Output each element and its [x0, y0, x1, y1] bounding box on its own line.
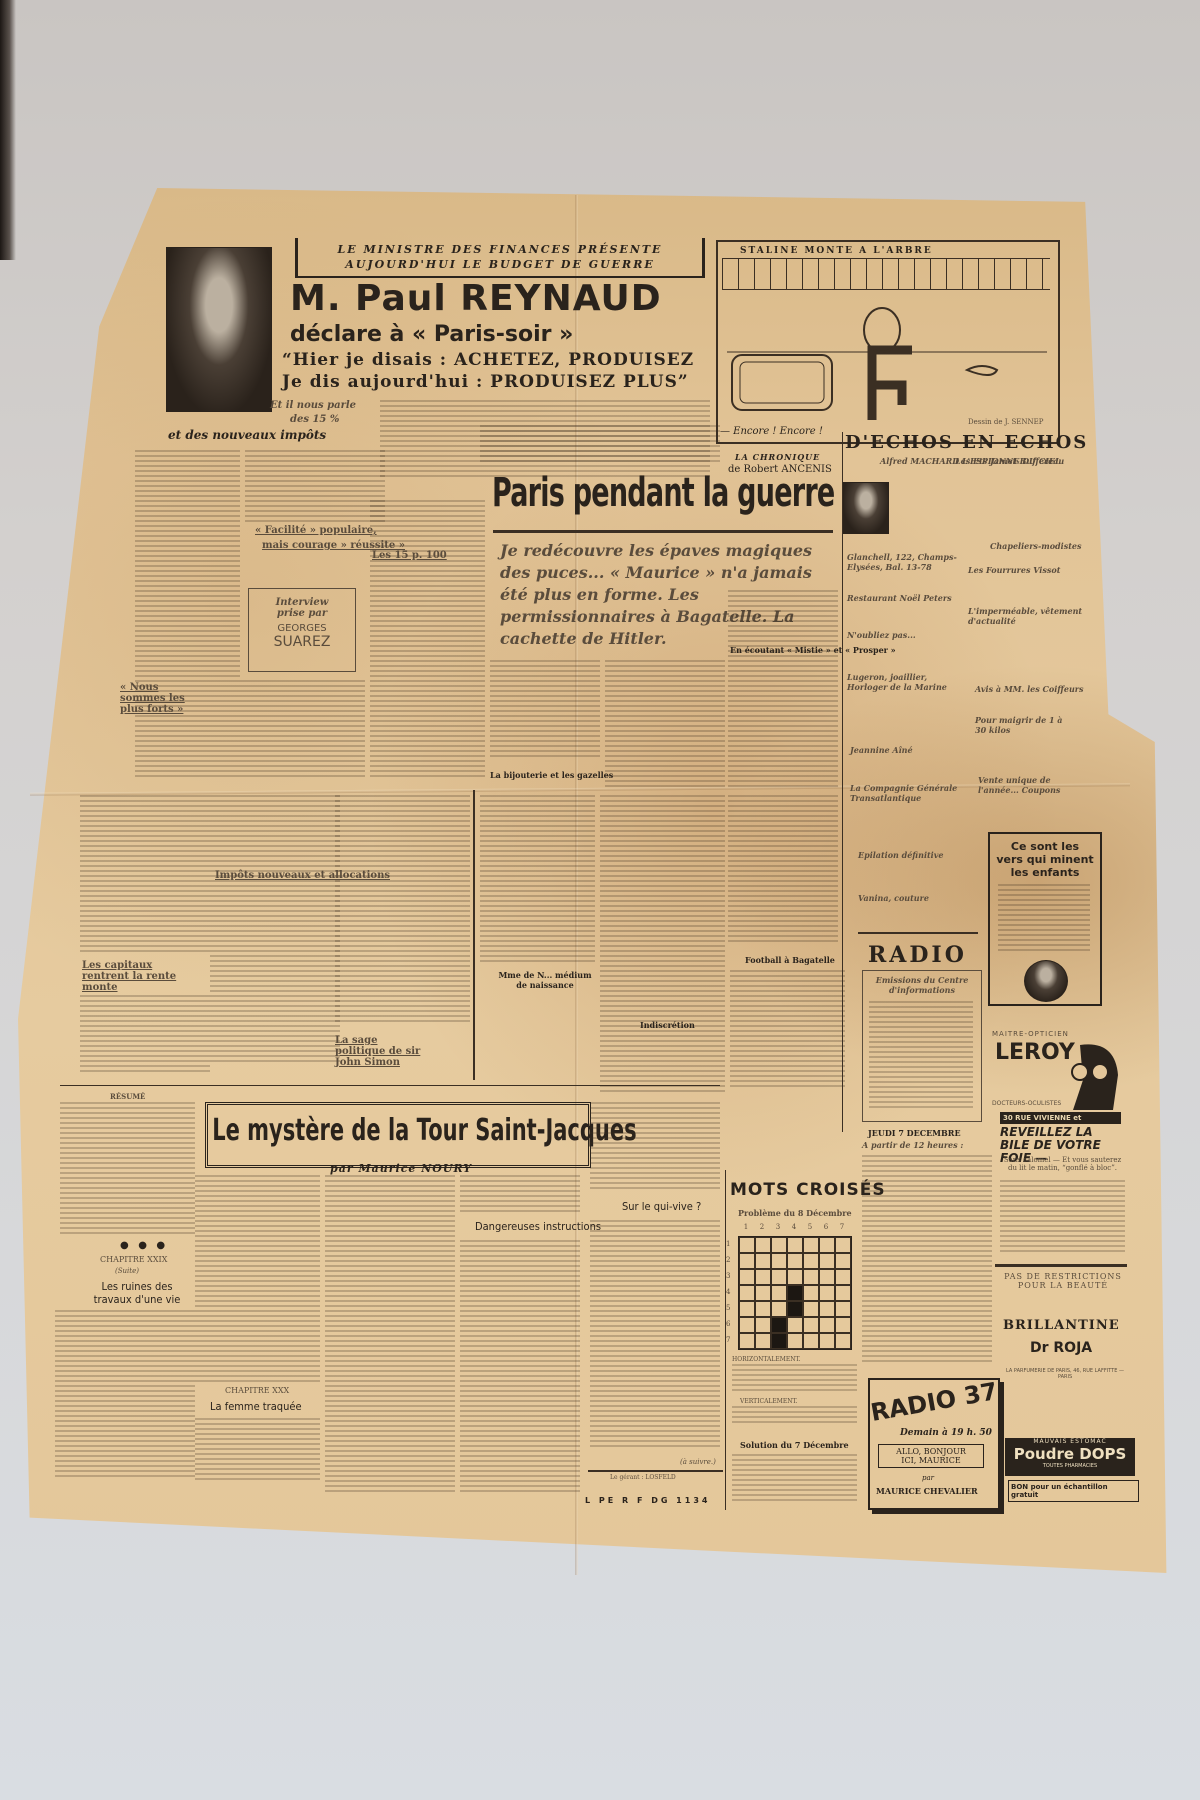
crossword-horizontal-label: HORIZONTALEMENT.: [732, 1356, 801, 1363]
crossword-cell[interactable]: [819, 1237, 835, 1253]
cartoon-drawing: [722, 290, 1052, 420]
crossword-cell[interactable]: [803, 1317, 819, 1333]
crossword-row-number: 6: [726, 1316, 730, 1332]
crossword-cell[interactable]: [755, 1269, 771, 1285]
cartoon-caption: — Encore ! Encore !: [720, 426, 823, 437]
aside-1: Et il nous parle: [270, 400, 356, 411]
crossword-row-number: 3: [726, 1268, 730, 1284]
dops-bon: BON pour un échantillon gratuit: [1008, 1480, 1139, 1502]
echo-item: Restaurant Noël Peters: [847, 593, 952, 603]
paris-subhead-indiscretion: Indiscrétion: [640, 1020, 695, 1030]
radio37-time: Demain à 19 h. 50: [900, 1428, 992, 1438]
subhead-nous-sommes: « Nous sommes les plus forts »: [120, 682, 200, 715]
crossword-cell[interactable]: [819, 1317, 835, 1333]
crossword-cell[interactable]: [803, 1269, 819, 1285]
footer-code: L PE R F DG 1134: [585, 1496, 710, 1505]
crossword-cell[interactable]: [803, 1333, 819, 1349]
paris-subhead-football: Football à Bagatelle: [745, 955, 835, 965]
crossword-cell[interactable]: [771, 1301, 787, 1317]
interview-label-2: prise par: [249, 608, 355, 619]
echo-item: Vente unique de l'année... Coupons: [978, 775, 1078, 795]
echo-item: Jeannine Aîné: [850, 745, 913, 755]
beaute-title: PAS DE RESTRICTIONS POUR LA BEAUTÉ: [1003, 1272, 1123, 1290]
cartoon-credit: Dessin de J. SENNEP: [968, 418, 1043, 426]
crossword-cell[interactable]: [771, 1269, 787, 1285]
crossword-cell[interactable]: [739, 1269, 755, 1285]
chronique-label: LA CHRONIQUE: [735, 452, 820, 462]
echo-item: Lugeron, joaillier, Horloger de la Marin…: [847, 672, 967, 692]
crossword-vertical-label: VERTICALEMENT.: [740, 1398, 798, 1405]
radio37-show-line2: ICI, MAURICE: [879, 1456, 983, 1465]
crossword-column-numbers: 1234567: [738, 1223, 850, 1231]
crossword-black-cell: [787, 1301, 803, 1317]
crossword-cell[interactable]: [819, 1269, 835, 1285]
crossword-cell[interactable]: [755, 1285, 771, 1301]
crossword-black-cell: [787, 1285, 803, 1301]
crossword-column-number: 1: [738, 1223, 754, 1231]
feuilleton-title: Le mystère de la Tour Saint-Jacques: [208, 1105, 641, 1156]
leroy-top: MAITRE-OPTICIEN: [992, 1030, 1069, 1038]
glasses-face-icon: [1060, 1040, 1120, 1110]
lead-subheadline: déclare à « Paris-soir »: [290, 322, 573, 347]
crossword-cell[interactable]: [787, 1317, 803, 1333]
leroy-address: 30 RUE VIVIENNE et succursales: [1000, 1112, 1121, 1124]
radio-header: RADIO: [868, 942, 967, 968]
crossword-cell[interactable]: [835, 1269, 851, 1285]
crossword-cell[interactable]: [739, 1317, 755, 1333]
subhead-capitaux: Les capitaux rentrent la rente monte: [82, 960, 182, 993]
aside-3: et des nouveaux impôts: [168, 428, 326, 442]
interview-author-last: SUAREZ: [249, 634, 355, 650]
crossword-cell[interactable]: [771, 1285, 787, 1301]
radio37-artist: MAURICE CHEVALIER: [876, 1486, 978, 1496]
crossword-black-cell: [771, 1333, 787, 1349]
kicker-line-2: AUJOURD'HUI LE BUDGET DE GUERRE: [298, 257, 702, 272]
crossword-problem: Problème du 8 Décembre: [738, 1208, 852, 1218]
crossword-row-number: 7: [726, 1332, 730, 1348]
crossword-column-number: 5: [802, 1223, 818, 1231]
foie-sub: Sans calomel — Et vous sauterez du lit l…: [1000, 1156, 1125, 1172]
subhead-dangereuses: Dangereuses instructions: [475, 1220, 601, 1233]
echos-photo: [843, 482, 889, 534]
crossword-cell[interactable]: [835, 1253, 851, 1269]
feuilleton-title-box: Le mystère de la Tour Saint-Jacques: [205, 1102, 591, 1168]
echo-item: Les Fourrures Vissot: [968, 565, 1060, 575]
crossword-cell[interactable]: [755, 1317, 771, 1333]
crossword-cell[interactable]: [739, 1301, 755, 1317]
crossword-cell[interactable]: [755, 1253, 771, 1269]
child-photo: [1024, 960, 1068, 1002]
crossword-column-number: 7: [834, 1223, 850, 1231]
crossword-cell[interactable]: [819, 1333, 835, 1349]
vermifuge-title: Ce sont les vers qui minent les enfants: [990, 834, 1100, 885]
crossword-column-number: 6: [818, 1223, 834, 1231]
crossword-cell[interactable]: [771, 1237, 787, 1253]
radio37-by: par: [922, 1474, 934, 1482]
chapter-prev-title: Les ruines des travaux d'une vie: [82, 1280, 192, 1306]
radio-subtitle: Emissions du Centre d'informations: [863, 975, 981, 995]
echo-item: La Compagnie Générale Transatlantique: [850, 783, 970, 803]
crossword-cell[interactable]: [771, 1253, 787, 1269]
crossword-cell[interactable]: [755, 1333, 771, 1349]
crossword-row-number: 2: [726, 1252, 730, 1268]
interview-author-first: GEORGES: [249, 623, 355, 634]
echo-item: Epilation définitive: [858, 850, 943, 860]
cartoon-fence: [722, 258, 1050, 290]
crossword-cell[interactable]: [835, 1317, 851, 1333]
echo-item: Vanina, couture: [858, 893, 929, 903]
aside-2: des 15 %: [290, 414, 339, 425]
echo-item: Les Ets Jamet-Buffereau: [955, 456, 1064, 466]
radio37-show-line1: ALLO, BONJOUR: [879, 1447, 983, 1456]
resume-label: RÉSUMÉ: [110, 1092, 145, 1101]
subhead-john-simon: La sage politique de sir John Simon: [335, 1035, 430, 1068]
radio-schedule-head: JEUDI 7 DECEMBRE: [868, 1128, 961, 1138]
roja-name: Dr ROJA: [1030, 1340, 1092, 1356]
crossword-cell[interactable]: [835, 1237, 851, 1253]
dops-sub: TOUTES PHARMACIES: [1005, 1463, 1135, 1469]
crossword-grid[interactable]: [738, 1236, 852, 1350]
subhead-qui-vive: Sur le qui-vive ?: [622, 1200, 701, 1213]
dops-top: MAUVAIS ESTOMAC: [1005, 1438, 1135, 1445]
echo-item: Avis à MM. les Coiffeurs: [975, 684, 1084, 694]
crossword-cell[interactable]: [755, 1237, 771, 1253]
subhead-facilite: « Facilité » populaire,: [255, 525, 377, 536]
echo-item: Chapeliers-modistes: [990, 541, 1081, 551]
crossword-column-number: 4: [786, 1223, 802, 1231]
interview-box: Interview prise par GEORGES SUAREZ: [248, 588, 356, 672]
echos-header: D'ECHOS EN ECHOS: [845, 432, 1088, 453]
radio-schedule-sub: A partir de 12 heures :: [862, 1140, 963, 1150]
crossword-cell[interactable]: [787, 1333, 803, 1349]
subhead-impots: Impôts nouveaux et allocations: [215, 870, 390, 881]
feuilleton-byline: par Maurice NOURY: [330, 1162, 472, 1175]
echo-item: Glanchell, 122, Champs-Elysées, Bal. 13-…: [847, 552, 977, 572]
crossword-cell[interactable]: [739, 1285, 755, 1301]
interview-label: Interview: [249, 597, 355, 608]
lead-quote-2: Je dis aujourd'hui : PRODUISEZ PLUS”: [282, 372, 689, 392]
crossword-column-number: 3: [770, 1223, 786, 1231]
dops-name: Poudre DOPS: [1005, 1445, 1135, 1463]
lead-quote-1: “Hier je disais : ACHETEZ, PRODUISEZ: [282, 350, 694, 370]
subhead-15p100: Les 15 p. 100: [372, 550, 447, 561]
vermifuge-ad: Ce sont les vers qui minent les enfants: [988, 832, 1102, 1006]
crossword-cell[interactable]: [787, 1253, 803, 1269]
echo-item: Pour maigrir de 1 à 30 kilos: [975, 715, 1075, 735]
crossword-row-numbers: 1234567: [726, 1236, 730, 1348]
crossword-cell[interactable]: [787, 1237, 803, 1253]
chapter-next: CHAPITRE XXX: [225, 1386, 289, 1395]
paris-headline: Paris pendant la guerre: [492, 470, 834, 516]
chapter-prev-note: (Suite): [115, 1267, 139, 1275]
echo-item: L'imperméable, vêtement d'actualité: [968, 606, 1098, 626]
crossword-cell[interactable]: [819, 1285, 835, 1301]
crossword-black-cell: [771, 1317, 787, 1333]
crossword-row-number: 5: [726, 1300, 730, 1316]
suivre-label: (à suivre.): [680, 1458, 716, 1466]
crossword-cell[interactable]: [739, 1253, 755, 1269]
crossword-cell[interactable]: [803, 1253, 819, 1269]
crossword-cell[interactable]: [739, 1237, 755, 1253]
footer-gerant: Le gérant : LOSFELD: [610, 1474, 676, 1481]
crossword-cell[interactable]: [835, 1285, 851, 1301]
radio-box: Emissions du Centre d'informations: [862, 970, 982, 1122]
crossword-cell[interactable]: [755, 1301, 771, 1317]
crossword-title: MOTS CROISÉS: [730, 1180, 886, 1200]
crossword-column-number: 2: [754, 1223, 770, 1231]
paris-subhead-bijouterie: La bijouterie et les gazelles: [490, 770, 613, 780]
background-shadow: [0, 0, 16, 260]
kicker-line-1: LE MINISTRE DES FINANCES PRÉSENTE: [298, 242, 702, 257]
paris-subhead-ecoutant: En écoutant « Mistie » et « Prosper »: [730, 645, 896, 655]
leroy-bottom: DOCTEURS-OCULISTES: [992, 1100, 1061, 1107]
brillantine-name: BRILLANTINE: [1003, 1318, 1120, 1333]
radio37-show: ALLO, BONJOUR ICI, MAURICE: [878, 1444, 984, 1468]
section-dots: ● ● ●: [120, 1240, 168, 1251]
crossword-cell[interactable]: [803, 1237, 819, 1253]
roja-address: LA PARFUMERIE DE PARIS, 46, RUE LAFFITTE…: [1005, 1368, 1125, 1380]
crossword-cell[interactable]: [819, 1253, 835, 1269]
crossword-cell[interactable]: [819, 1301, 835, 1317]
paris-subhead-medium: Mme de N... médium de naissance: [495, 970, 595, 990]
crossword-row-number: 4: [726, 1284, 730, 1300]
crossword-cell[interactable]: [787, 1269, 803, 1285]
lead-headline: M. Paul REYNAUD: [290, 278, 662, 319]
crossword-cell[interactable]: [803, 1285, 819, 1301]
chapter-next-title: La femme traquée: [210, 1400, 302, 1413]
crossword-row-number: 1: [726, 1236, 730, 1252]
crossword-cell[interactable]: [739, 1333, 755, 1349]
chapter-prev: CHAPITRE XXIX: [100, 1255, 167, 1264]
dops-ad: MAUVAIS ESTOMAC Poudre DOPS TOUTES PHARM…: [1005, 1438, 1135, 1476]
cartoon-title: STALINE MONTE A L'ARBRE: [740, 246, 933, 256]
lead-kicker: LE MINISTRE DES FINANCES PRÉSENTE AUJOUR…: [295, 238, 705, 278]
crossword-cell[interactable]: [835, 1301, 851, 1317]
crossword-solution-title: Solution du 7 Décembre: [740, 1440, 849, 1450]
reynaud-photo: [166, 247, 272, 412]
echo-item: N'oubliez pas...: [847, 630, 916, 640]
crossword-cell[interactable]: [803, 1301, 819, 1317]
crossword-cell[interactable]: [835, 1333, 851, 1349]
